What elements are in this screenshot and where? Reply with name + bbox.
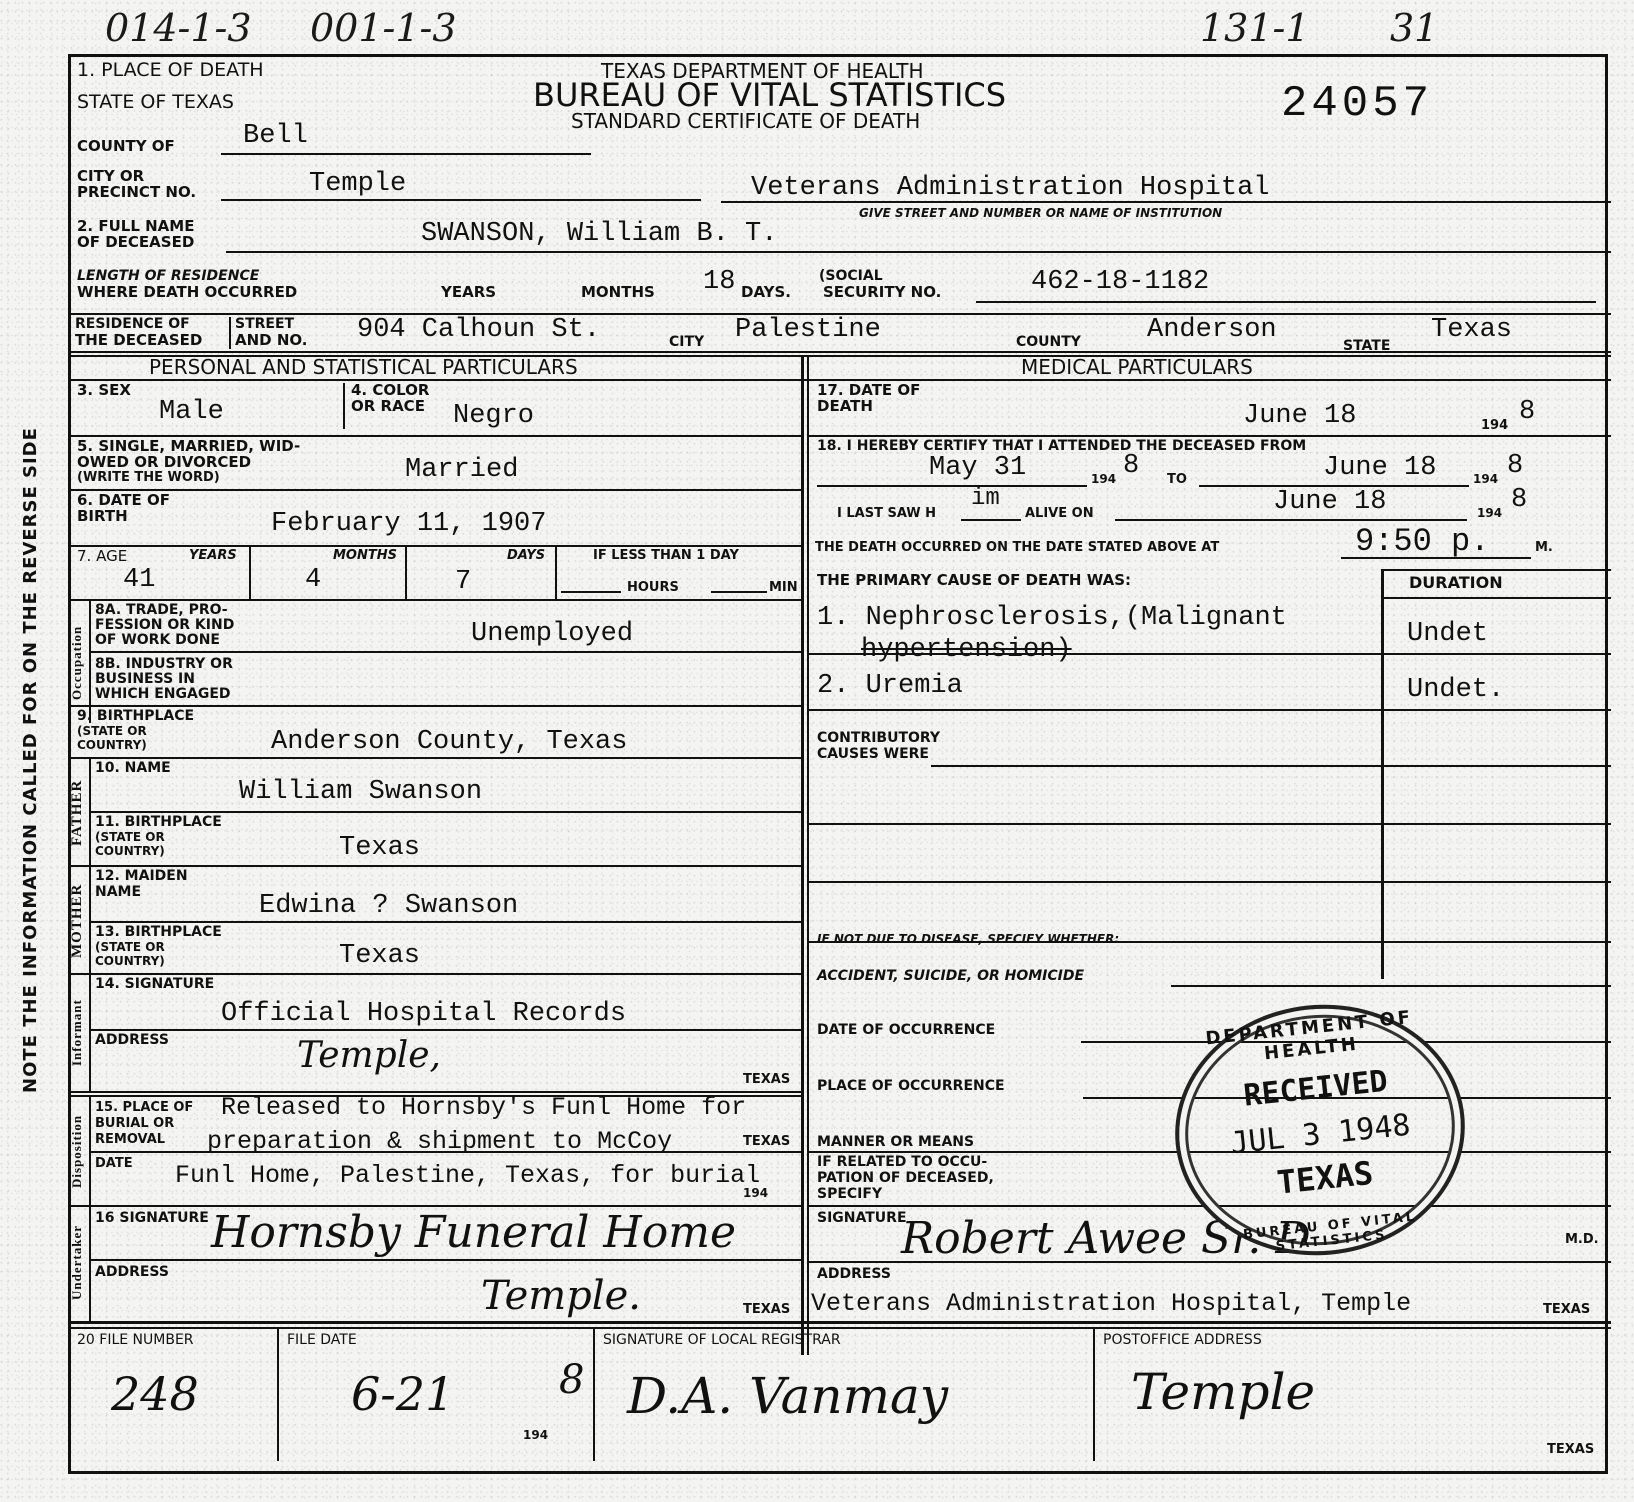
informant-address-label: ADDRESS [95, 1033, 169, 1048]
duration-header: DURATION [1409, 575, 1503, 592]
father-name: William Swanson [239, 777, 482, 807]
file-date: 6-21 [351, 1367, 454, 1421]
residence-days: 18 [703, 267, 735, 297]
mother-side-label: MOTHER [69, 869, 86, 973]
primary-cause-label: THE PRIMARY CAUSE OF DEATH WAS: [817, 573, 1131, 589]
physician-texas-label: TEXAS [1543, 1303, 1590, 1317]
informant-address: Temple, [297, 1035, 441, 1076]
attended-from-year: 8 [1123, 451, 1139, 481]
postoffice-address: Temple [1131, 1363, 1315, 1421]
age-label: 7. AGE [77, 549, 127, 565]
last-saw-pronoun: im [971, 485, 1000, 512]
trade-label-1: 8A. TRADE, PRO- [95, 603, 228, 618]
birthplace-value: Anderson County, Texas [271, 727, 627, 757]
street-label-2: AND NO. [235, 333, 308, 349]
age-years: 41 [123, 565, 155, 595]
residence-label-2: THE DECEASED [75, 333, 202, 349]
trade-value: Unemployed [471, 619, 633, 649]
cause-2: 2. Uremia [817, 671, 963, 701]
not-disease-label: IF NOT DUE TO DISEASE, SPECIFY WHETHER: [817, 933, 1119, 946]
file-date-label: FILE DATE [287, 1333, 357, 1348]
undertaker-address: Temple. [481, 1273, 641, 1319]
industry-label-3: WHICH ENGAGED [95, 687, 231, 702]
residence-city-label: CITY [669, 335, 704, 350]
certify-label: 18. I HEREBY CERTIFY THAT I ATTENDED THE… [817, 439, 1306, 454]
last-saw-year: 8 [1511, 485, 1527, 515]
to-year-prefix: 194 [1473, 473, 1498, 486]
physician-signature-label: SIGNATURE [817, 1211, 907, 1226]
md-label: M.D. [1565, 1233, 1599, 1247]
occupation-related-label-3: SPECIFY [817, 1187, 882, 1202]
age-days-label: DAYS [507, 549, 545, 563]
age-less-than-day-label: IF LESS THAN 1 DAY [593, 549, 739, 563]
residence-length-label-2: WHERE DEATH OCCURRED [77, 285, 297, 301]
undertaker-signature-label: 16 SIGNATURE [95, 1211, 209, 1226]
city-label-2: PRECINCT NO. [77, 185, 196, 201]
deceased-full-name: SWANSON, William B. T. [421, 219, 777, 249]
cause-1-line-1: 1. Nephrosclerosis,(Malignant [817, 603, 1287, 633]
father-birthplace-label-2: (STATE OR [95, 831, 165, 844]
ssn-label-1: (SOCIAL [819, 269, 883, 284]
occupation-related-label-1: IF RELATED TO OCCU- [817, 1155, 987, 1170]
informant-signature-label: 14. SIGNATURE [95, 977, 214, 992]
industry-label-1: 8B. INDUSTRY OR [95, 657, 233, 672]
burial-texas-label: TEXAS [743, 1135, 790, 1149]
date-of-birth: February 11, 1907 [271, 509, 546, 539]
alive-on-label: ALIVE ON [1025, 507, 1094, 521]
file-year: 8 [559, 1357, 584, 1403]
residence-street: 904 Calhoun St. [357, 315, 600, 345]
margin-note-code-1: 014-1-3 [105, 6, 252, 50]
dod-label-2: DEATH [817, 399, 873, 415]
undertaker-signature: Hornsby Funeral Home [211, 1207, 736, 1258]
undertaker-side-label: Undertaker [69, 1209, 85, 1317]
father-name-label: 10. NAME [95, 761, 171, 776]
city-of-death: Temple [309, 169, 406, 199]
undertaker-texas-label: TEXAS [743, 1303, 790, 1317]
sex-label: 3. SEX [77, 383, 131, 399]
file-year-prefix: 194 [523, 1429, 548, 1442]
birthplace-label-1: 9. BIRTHPLACE [77, 709, 194, 724]
bureau-title: BUREAU OF VITAL STATISTICS [533, 79, 1006, 113]
certificate-number: 24057 [1281, 79, 1433, 129]
min-label: MIN [769, 581, 798, 595]
attended-to-date: June 18 [1323, 453, 1436, 483]
form-title: STANDARD CERTIFICATE OF DEATH [571, 111, 920, 132]
burial-year-prefix: 194 [743, 1187, 768, 1200]
occurrence-place-label: PLACE OF OCCURRENCE [817, 1079, 1005, 1094]
county-of-label: COUNTY OF [77, 139, 175, 155]
mother-name-label-1: 12. MAIDEN [95, 869, 188, 884]
registrar-label: SIGNATURE OF LOCAL REGISTRAR [603, 1333, 841, 1348]
file-number-label: 20 FILE NUMBER [77, 1333, 194, 1348]
marital-label-2: OWED OR DIVORCED [77, 455, 251, 471]
cause-2-duration: Undet. [1407, 675, 1504, 705]
burial-line-3: Funl Home, Palestine, Texas, for burial [175, 1161, 760, 1190]
state-of-texas-label: STATE OF TEXAS [77, 93, 234, 113]
occupation-side-label: Occupation [69, 605, 85, 721]
contributory-label-2: CAUSES WERE [817, 747, 929, 762]
dob-label-2: BIRTH [77, 509, 128, 525]
informant-side-label: Informant [69, 977, 85, 1089]
cause-1-line-2: hypertension) [861, 635, 1072, 665]
informant-name: Official Hospital Records [221, 999, 626, 1029]
county-of-death: Bell [243, 121, 308, 151]
residence-label-1: RESIDENCE OF [75, 317, 190, 332]
social-security-number: 462-18-1182 [1031, 267, 1209, 297]
residence-length-label-1: LENGTH OF RESIDENCE [77, 269, 259, 284]
father-side-label: FATHER [69, 763, 86, 863]
attended-from-date: May 31 [929, 453, 1026, 483]
residence-county: Anderson [1147, 315, 1277, 345]
last-saw-year-prefix: 194 [1477, 507, 1502, 520]
margin-note-code-2: 001-1-3 [310, 6, 457, 50]
industry-label-2: BUSINESS IN [95, 672, 195, 687]
mother-birthplace: Texas [339, 941, 420, 971]
margin-note-code-4: 31 [1390, 6, 1438, 50]
last-saw-label: I LAST SAW H [837, 507, 936, 521]
mother-birthplace-label-1: 13. BIRTHPLACE [95, 925, 222, 940]
residence-county-label: COUNTY [1016, 335, 1081, 350]
time-suffix: M. [1535, 541, 1553, 555]
contributory-label-1: CONTRIBUTORY [817, 731, 940, 746]
to-label: TO [1167, 473, 1187, 487]
age-years-label: YEARS [189, 549, 237, 563]
burial-label-1: 15. PLACE OF [95, 1101, 193, 1115]
burial-label-2: BURIAL OR [95, 1117, 174, 1131]
attended-to-year: 8 [1507, 451, 1523, 481]
informant-texas-label: TEXAS [743, 1073, 790, 1087]
date-of-death: June 18 [1243, 401, 1356, 431]
manner-label: MANNER OR MEANS [817, 1135, 974, 1150]
institution-hint: GIVE STREET AND NUMBER OR NAME OF INSTIT… [859, 207, 1222, 220]
time-of-death-label: THE DEATH OCCURRED ON THE DATE STATED AB… [815, 541, 1219, 555]
occurrence-date-label: DATE OF OCCURRENCE [817, 1023, 995, 1038]
father-birthplace: Texas [339, 833, 420, 863]
age-months: 4 [305, 565, 321, 595]
medical-section-title: MEDICAL PARTICULARS [1021, 357, 1253, 378]
place-of-death-label: 1. PLACE OF DEATH [77, 61, 264, 81]
years-label: YEARS [441, 285, 496, 301]
sex-value: Male [159, 397, 224, 427]
trade-label-3: OF WORK DONE [95, 633, 220, 648]
mother-name-label-2: NAME [95, 885, 141, 900]
institution-name: Veterans Administration Hospital [751, 173, 1269, 203]
postoffice-texas-label: TEXAS [1547, 1443, 1594, 1457]
hours-label: HOURS [627, 581, 679, 595]
ssn-label-2: SECURITY NO. [823, 285, 941, 301]
residence-city: Palestine [735, 315, 881, 345]
undertaker-address-label: ADDRESS [95, 1265, 169, 1280]
physician-address: Veterans Administration Hospital, Temple [811, 1289, 1411, 1318]
registrar-signature: D.A. Vanmay [627, 1367, 948, 1425]
full-name-label-2: OF DECEASED [77, 235, 194, 251]
from-year-prefix: 194 [1091, 473, 1116, 486]
death-certificate-form: 1. PLACE OF DEATH STATE OF TEXAS TEXAS D… [68, 54, 1608, 1474]
disposition-side-label: Disposition [69, 1099, 85, 1203]
occupation-related-label-2: PATION OF DECEASED, [817, 1171, 994, 1186]
birthplace-label-2: (STATE OR [77, 725, 147, 738]
dod-year-prefix: 194 [1481, 419, 1508, 433]
age-months-label: MONTHS [333, 549, 397, 563]
mother-maiden-name: Edwina ? Swanson [259, 891, 518, 921]
age-days: 7 [455, 567, 471, 597]
burial-date-label: DATE [95, 1157, 133, 1171]
trade-label-2: FESSION OR KIND [95, 618, 234, 633]
postoffice-label: POSTOFFICE ADDRESS [1103, 1333, 1262, 1348]
street-label-1: STREET [235, 317, 294, 332]
last-saw-date: June 18 [1273, 487, 1386, 517]
mother-birthplace-label-3: COUNTRY) [95, 955, 165, 968]
margin-note-code-3: 131-1 [1200, 6, 1310, 50]
mother-birthplace-label-2: (STATE OR [95, 941, 165, 954]
marital-status: Married [405, 455, 518, 485]
dod-year: 8 [1519, 397, 1535, 427]
side-note-reverse: NOTE THE INFORMATION CALLED FOR ON THE R… [22, 340, 41, 1180]
race-value: Negro [453, 401, 534, 431]
months-label: MONTHS [581, 285, 655, 301]
time-of-death: 9:50 p. [1355, 523, 1489, 560]
birthplace-label-3: COUNTRY) [77, 739, 147, 752]
days-label: DAYS. [741, 285, 791, 301]
father-birthplace-label-3: COUNTRY) [95, 845, 165, 858]
residence-state: Texas [1431, 315, 1512, 345]
burial-label-3: REMOVAL [95, 1133, 165, 1147]
father-birthplace-label-1: 11. BIRTHPLACE [95, 815, 222, 830]
burial-line-1: Released to Hornsby's Funl Home for [221, 1093, 746, 1122]
file-number: 248 [111, 1367, 199, 1421]
race-label-2: OR RACE [351, 399, 425, 415]
accident-label: ACCIDENT, SUICIDE, OR HOMICIDE [817, 969, 1084, 984]
physician-address-label: ADDRESS [817, 1267, 891, 1282]
personal-section-title: PERSONAL AND STATISTICAL PARTICULARS [149, 357, 578, 378]
cause-1-duration: Undet [1407, 619, 1488, 649]
marital-label-3: (WRITE THE WORD) [77, 471, 220, 485]
